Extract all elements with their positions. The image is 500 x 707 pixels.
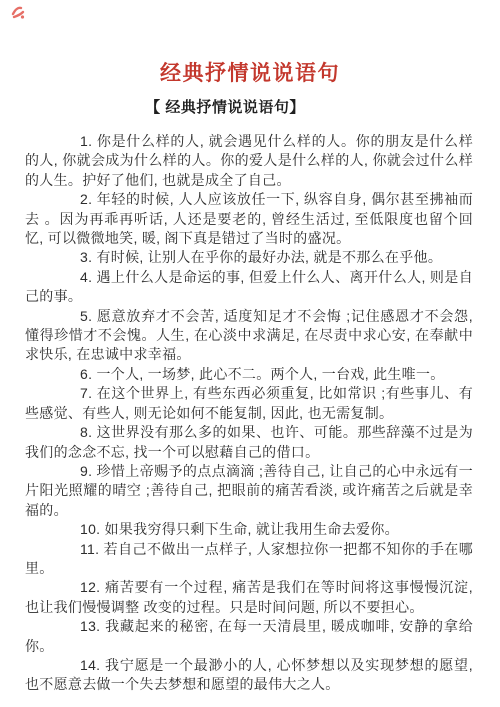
quote-paragraph: 7. 在这个世界上, 有些东西必须重复, 比如常识 ;有些事儿、有些感觉、有些人… — [25, 384, 473, 423]
page-title: 经典抒情说说语句 — [0, 57, 500, 87]
quote-paragraph: 11. 若自己不做出一点样子, 人家想拉你一把都不知你的手在哪里。 — [25, 540, 473, 579]
quote-paragraph: 4. 遇上什么人是命运的事, 但爱上什么人、离开什么人, 则是自己的事。 — [25, 268, 473, 307]
page-subtitle: 【 经典抒情说说语句】 — [0, 96, 475, 117]
quote-paragraph: 8. 这世界没有那么多的如果、也许、可能。那些辞藻不过是为我们的念念不忘, 找一… — [25, 423, 473, 462]
quote-paragraph: 3. 有时候, 让别人在乎你的最好办法, 就是不那么在乎他。 — [25, 248, 473, 267]
document-page: 经典抒情说说语句 【 经典抒情说说语句】 1. 你是什么样的人, 就会遇见什么样… — [0, 0, 500, 707]
quote-paragraph: 6. 一个人, 一场梦, 此心不二。两个人, 一台戏, 此生唯一。 — [25, 365, 473, 384]
quote-paragraph: 14. 我宁愿是一个最渺小的人, 心怀梦想以及实现梦想的愿望, 也不愿意去做一个… — [25, 656, 473, 695]
quote-paragraph: 10. 如果我穷得只剩下生命, 就让我用生命去爱你。 — [25, 520, 473, 539]
red-logo-icon — [9, 4, 27, 22]
quote-paragraph: 9. 珍惜上帝赐予的点点滴滴 ;善待自己, 让自己的心中永远有一片阳光照耀的晴空… — [25, 462, 473, 520]
quote-paragraph: 12. 痛苦要有一个过程, 痛苦是我们在等时间将这事慢慢沉淀, 也让我们慢慢调整… — [25, 578, 473, 617]
quote-paragraph: 13. 我藏起来的秘密, 在每一天清晨里, 暖成咖啡, 安静的拿给你。 — [25, 617, 473, 656]
quote-paragraph: 5. 愿意放弃才不会苦, 适度知足才不会悔 ;记住感恩才不会怨, 懂得珍惜才不会… — [25, 307, 473, 365]
quotes-list: 1. 你是什么样的人, 就会遇见什么样的人。你的朋友是什么样的人, 你就会成为什… — [25, 132, 473, 695]
quote-paragraph: 1. 你是什么样的人, 就会遇见什么样的人。你的朋友是什么样的人, 你就会成为什… — [25, 132, 473, 190]
quote-paragraph: 2. 年轻的时候, 人人应该放任一下, 纵容自身, 偶尔甚至拂袖而去 。因为再乖… — [25, 190, 473, 248]
